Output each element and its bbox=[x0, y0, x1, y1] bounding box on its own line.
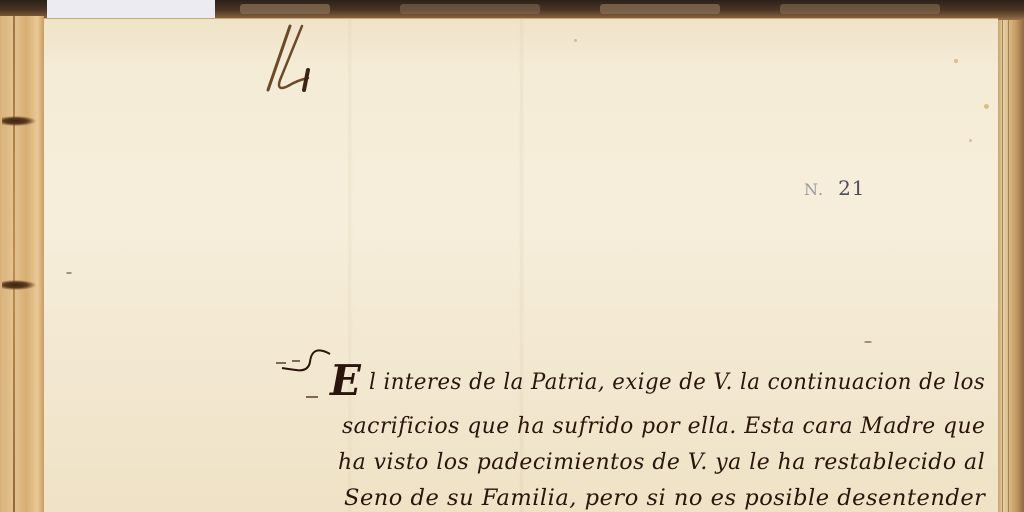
left-binding bbox=[0, 16, 44, 512]
ink-speck bbox=[864, 341, 872, 343]
manuscript-line: El interes de la Patria, exige de V. la … bbox=[330, 356, 985, 405]
torn-edge-fragment bbox=[400, 4, 540, 14]
manuscript-line: sacrificios que ha sufrido por ella. Est… bbox=[342, 414, 985, 439]
binding-edge-line bbox=[1008, 20, 1009, 512]
manuscript-line: ha visto los padecimientos de V. ya le h… bbox=[338, 450, 985, 475]
binding-groove bbox=[13, 16, 15, 512]
ink-speck bbox=[66, 272, 72, 274]
foxing-spot bbox=[984, 104, 989, 109]
binding-stitch bbox=[2, 116, 36, 126]
archive-stamp: N.21 bbox=[804, 176, 866, 200]
torn-edge-fragment bbox=[600, 4, 720, 14]
foxing-spot bbox=[574, 39, 577, 42]
foxing-spot bbox=[954, 59, 958, 63]
torn-edge-fragment bbox=[240, 4, 330, 14]
folio-handwriting-icon bbox=[262, 18, 332, 98]
torn-edge-fragment bbox=[780, 4, 940, 14]
margin-dash bbox=[306, 396, 318, 398]
folio-number: 14 bbox=[262, 18, 332, 98]
manuscript-line: Seno de su Familia, pero si no es posibl… bbox=[344, 486, 985, 511]
archive-label-sticker bbox=[47, 0, 215, 20]
binding-stitch bbox=[2, 280, 36, 290]
binding-edge-line bbox=[1002, 20, 1003, 512]
right-binding bbox=[998, 20, 1024, 512]
foxing-spot bbox=[969, 139, 972, 142]
